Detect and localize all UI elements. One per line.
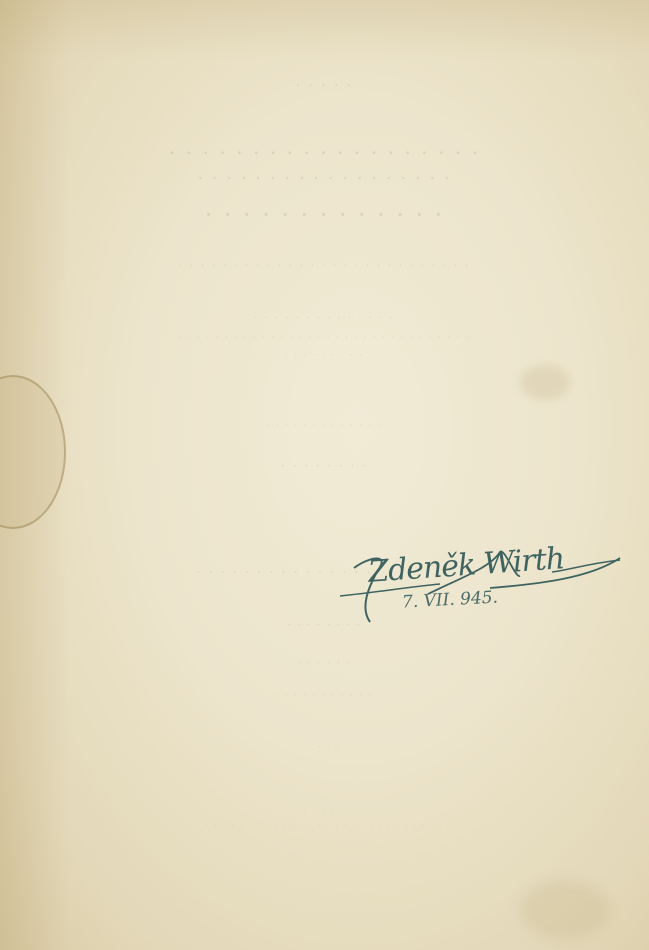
document-page: · · · · · · · · · · · · · · · · · · · · … [0,0,649,950]
show-through-line: · · · · [0,742,649,752]
show-through-line: · · · · · · · · · · · · · · · · · · · · … [0,332,649,342]
show-through-line: · · · · · [0,78,649,95]
show-through-line: · · · · · · · · · [0,350,649,360]
show-through-line: · · · · · · · · · · · [0,690,649,700]
stain-right [520,365,570,400]
show-through-line: · · · · · · · · · · · · · · [0,312,649,324]
handwritten-signature: Zdeněk Wirth 7. VII. 945. [340,548,630,628]
show-through-line: · · · · · · · · · · · · · · · · · · · [0,140,649,166]
show-through-line: · · · · · · · · [0,458,649,474]
show-through-line: · · · · · [0,808,649,818]
show-through-line: · · · · · · · · · · · · · · · · · · · · … [0,822,649,831]
show-through-line: · · · · · · · · · · · · · · · · · · · [0,836,649,845]
show-through-line: · · · · · · · · · · · · · [0,420,649,430]
show-through-line: · · · · · · · · · · · · · [0,200,649,230]
show-through-line: · · · · · · [0,658,649,669]
show-through-line: · · · · · · · · · · · · · · · · · · · · … [0,258,649,273]
paper-shading-top [0,0,649,60]
show-through-line: · · · · · · · · · · · · · · · · · · [0,168,649,189]
stain-bottom-right [520,880,610,940]
